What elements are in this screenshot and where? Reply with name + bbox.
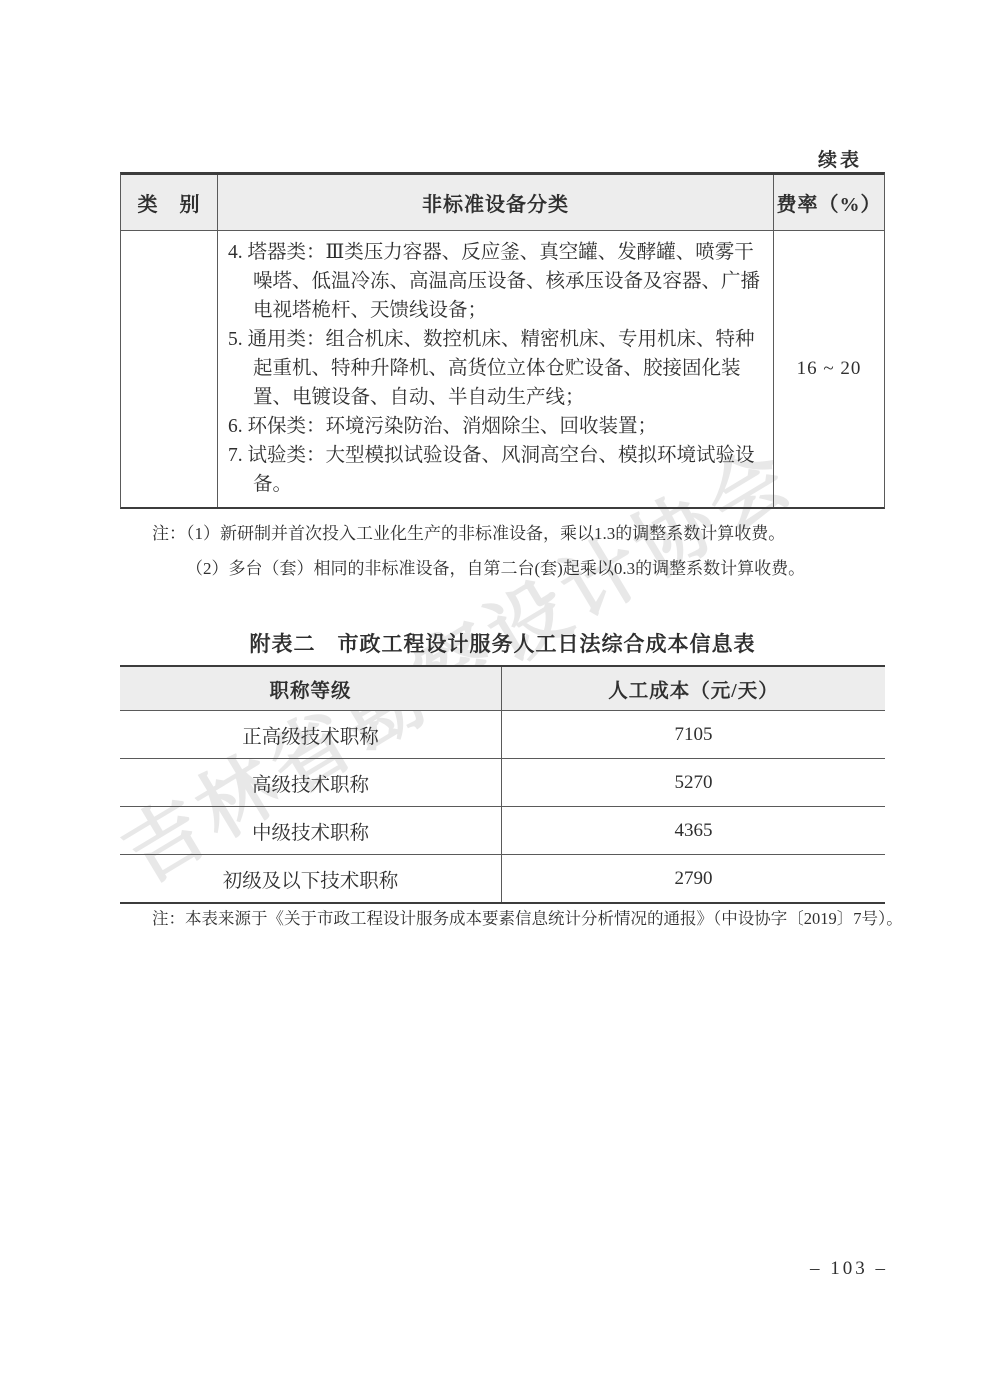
table-labor-cost: 职称等级 人工成本（元/天） 正高级技术职称 7105 高级技术职称 5270 … xyxy=(120,665,885,904)
table-row: 高级技术职称 5270 xyxy=(120,758,885,806)
cost-cell: 7105 xyxy=(502,711,885,758)
page-number: – 103 – xyxy=(810,1258,888,1280)
table2-header-row: 职称等级 人工成本（元/天） xyxy=(120,667,885,710)
table1-header-rate: 费率（%） xyxy=(774,175,884,230)
equipment-item-7: 7. 试验类：大型模拟试验设备、风洞高空台、模拟环境试验设备。 xyxy=(228,441,761,499)
rank-cell: 正高级技术职称 xyxy=(120,711,502,758)
rank-cell: 初级及以下技术职称 xyxy=(120,855,502,902)
table1-rate-value: 16 ~ 20 xyxy=(774,231,884,507)
table2-header-rank: 职称等级 xyxy=(120,667,502,710)
table2-note: 注：本表来源于《关于市政工程设计服务成本要素信息统计分析情况的通报》（中设协字〔… xyxy=(152,906,912,932)
cost-cell: 5270 xyxy=(502,759,885,806)
table1-notes: 注：（1）新研制并首次投入工业化生产的非标准设备，乘以1.3的调整系数计算收费。… xyxy=(152,516,892,586)
table-nonstandard-equipment: 类 别 非标准设备分类 费率（%） 4. 塔器类：Ⅲ类压力容器、反应釜、真空罐、… xyxy=(120,172,885,509)
table1-note-1: 注：（1）新研制并首次投入工业化生产的非标准设备，乘以1.3的调整系数计算收费。 xyxy=(152,516,892,551)
table2-header-cost: 人工成本（元/天） xyxy=(502,667,885,710)
table1-classification-cell: 4. 塔器类：Ⅲ类压力容器、反应釜、真空罐、发酵罐、喷雾干噪塔、低温冷冻、高温高… xyxy=(218,231,774,507)
table1-body-row: 4. 塔器类：Ⅲ类压力容器、反应釜、真空罐、发酵罐、喷雾干噪塔、低温冷冻、高温高… xyxy=(121,231,884,507)
table-row: 正高级技术职称 7105 xyxy=(120,710,885,758)
equipment-item-4: 4. 塔器类：Ⅲ类压力容器、反应釜、真空罐、发酵罐、喷雾干噪塔、低温冷冻、高温高… xyxy=(228,238,761,325)
continued-table-label: 续表 xyxy=(818,145,862,172)
table1-header-classification: 非标准设备分类 xyxy=(218,175,774,230)
cost-cell: 4365 xyxy=(502,807,885,854)
table2-title: 附表二 市政工程设计服务人工日法综合成本信息表 xyxy=(120,628,885,658)
rank-cell: 高级技术职称 xyxy=(120,759,502,806)
rank-cell: 中级技术职称 xyxy=(120,807,502,854)
cost-cell: 2790 xyxy=(502,855,885,902)
table1-category-cell xyxy=(121,231,218,507)
table-row: 初级及以下技术职称 2790 xyxy=(120,854,885,902)
table1-note-2: （2）多台（套）相同的非标准设备，自第二台(套)起乘以0.3的调整系数计算收费。 xyxy=(152,551,892,586)
table1-header-category: 类 别 xyxy=(121,175,218,230)
equipment-item-5: 5. 通用类：组合机床、数控机床、精密机床、专用机床、特种起重机、特种升降机、高… xyxy=(228,325,761,412)
table-row: 中级技术职称 4365 xyxy=(120,806,885,854)
equipment-item-6: 6. 环保类：环境污染防治、消烟除尘、回收装置； xyxy=(228,412,761,441)
table1-header-row: 类 别 非标准设备分类 费率（%） xyxy=(121,175,884,231)
